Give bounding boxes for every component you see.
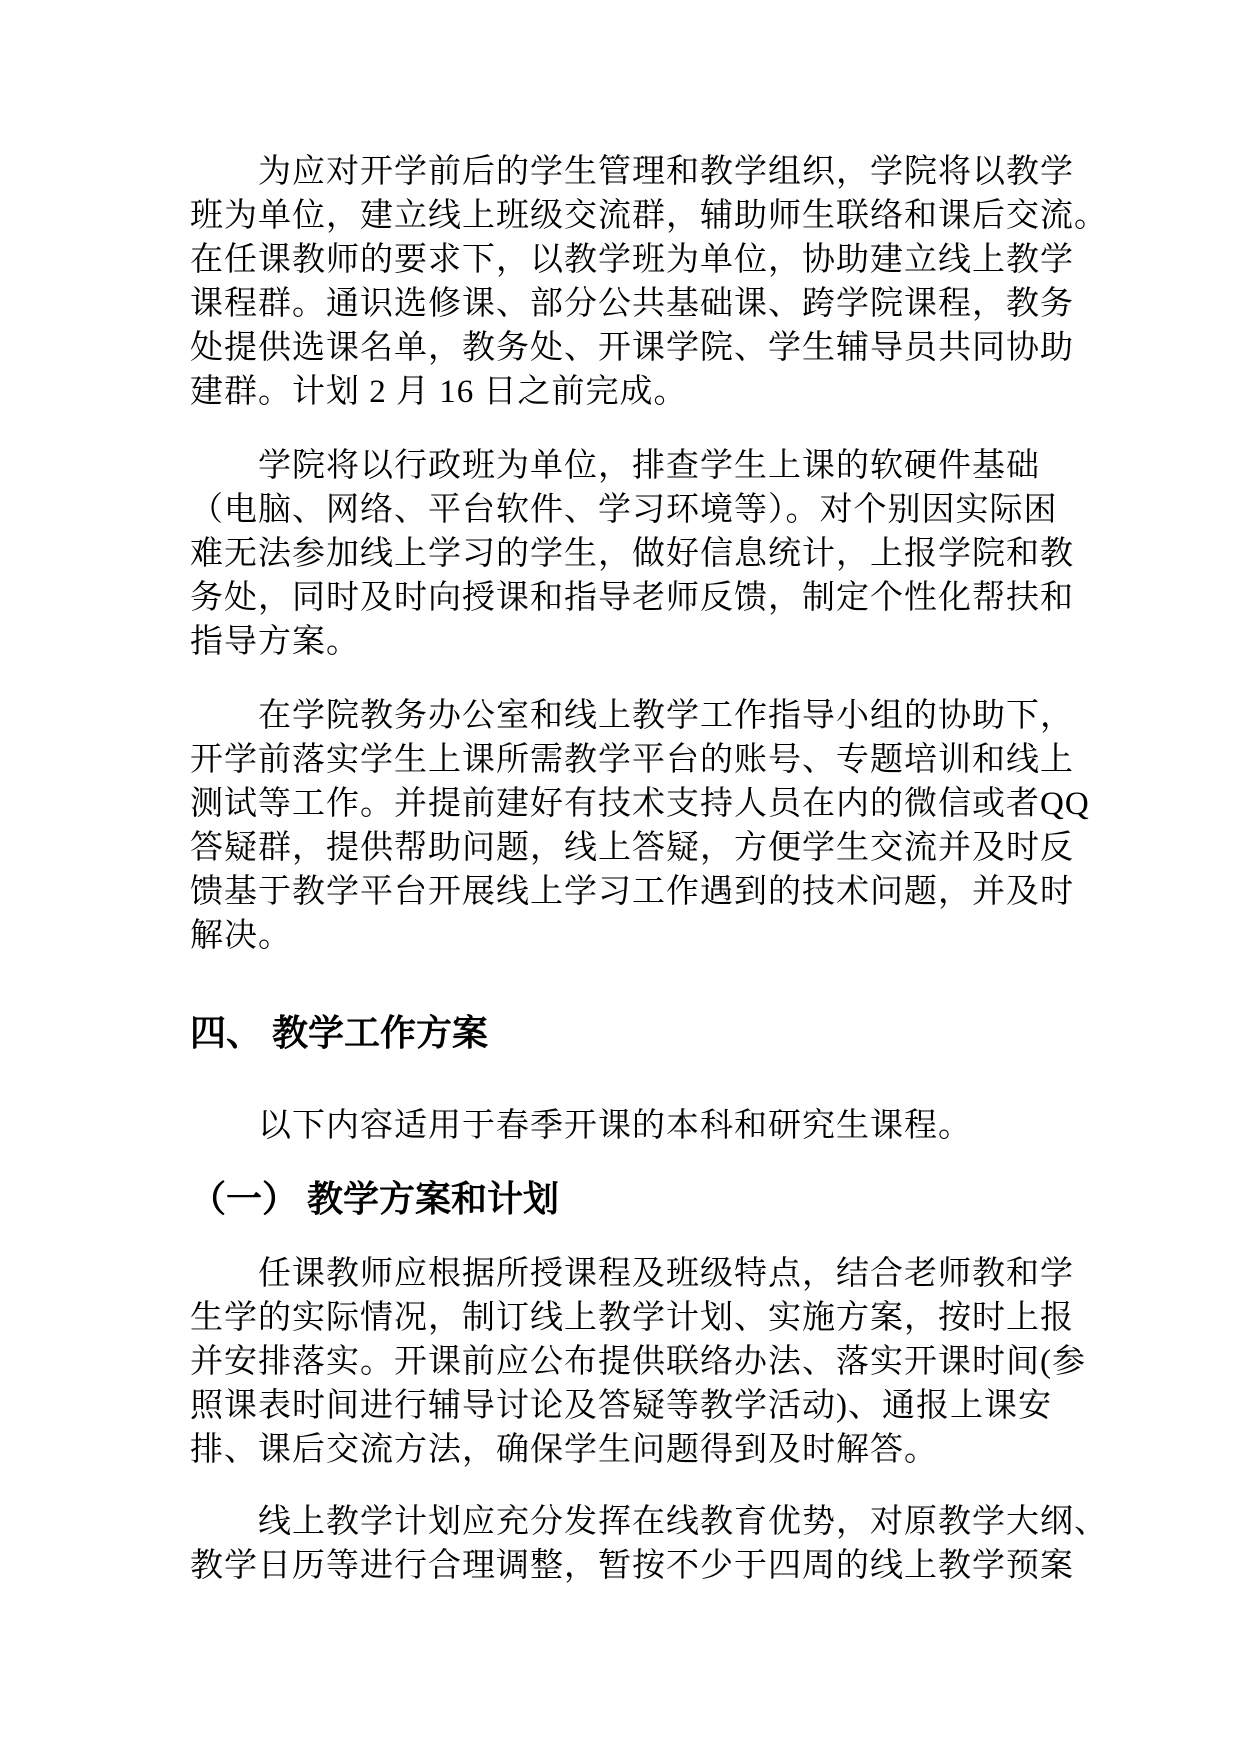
- subsection-heading-teaching-plan: （一） 教学方案和计划: [190, 1174, 1120, 1224]
- section-heading-teaching-work-plan: 四、 教学工作方案: [190, 1008, 1120, 1058]
- paragraph-platform-support: 在学院教务办公室和线上教学工作指导小组的协助下， 开学前落实学生上课所需教学平台…: [190, 694, 1120, 958]
- paragraph-scope-note: 以下内容适用于春季开课的本科和研究生课程。: [190, 1104, 1120, 1148]
- paragraph-class-groups: 为应对开学前后的学生管理和教学组织，学院将以教学 班为单位，建立线上班级交流群，…: [190, 150, 1120, 414]
- paragraph-teacher-plan-duties: 任课教师应根据所授课程及班级特点，结合老师教和学 生学的实际情况，制订线上教学计…: [190, 1252, 1120, 1472]
- paragraph-online-plan-adjustment: 线上教学计划应充分发挥在线教育优势，对原教学大纲、 教学日历等进行合理调整，暂按…: [190, 1500, 1120, 1588]
- document-content: 为应对开学前后的学生管理和教学组织，学院将以教学 班为单位，建立线上班级交流群，…: [190, 150, 1120, 1588]
- document-page: 为应对开学前后的学生管理和教学组织，学院将以教学 班为单位，建立线上班级交流群，…: [0, 0, 1239, 1754]
- paragraph-hardware-survey: 学院将以行政班为单位，排查学生上课的软硬件基础 （电脑、网络、平台软件、学习环境…: [190, 444, 1120, 664]
